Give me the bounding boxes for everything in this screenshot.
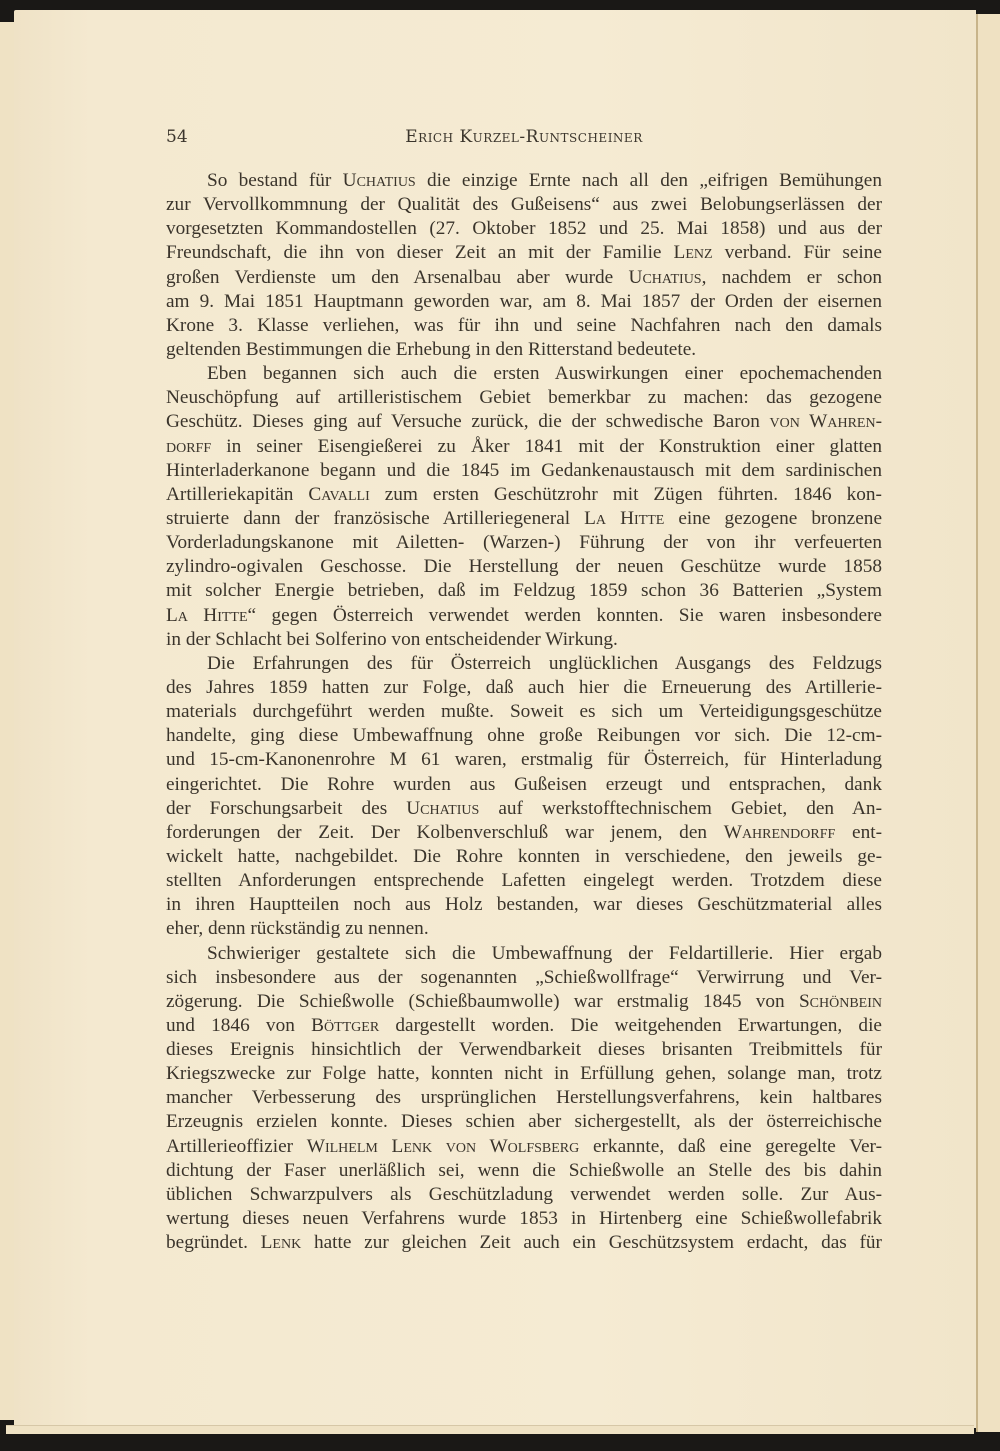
text-line: in ihren Hauptteilen noch aus Holz besta… (166, 893, 882, 917)
text-run: dargestellt worden. Die weitgehenden Erw… (379, 1015, 882, 1036)
text-run: Geschütz. Dieses ging auf Versuche zurüc… (166, 411, 770, 432)
text-run: zur Vervollkommnung der Qualität des Guß… (166, 194, 882, 215)
text-run: wertung dieses neuen Verfahrens wurde 18… (166, 1208, 882, 1229)
running-head: 54 Erich Kurzel-Runtscheiner (166, 127, 882, 151)
text-line: Die Erfahrungen des für Österreich unglü… (166, 652, 882, 676)
text-line: großen Verdienste um den Arsenalbau aber… (166, 266, 882, 290)
text-run: Freundschaft, die ihn von dieser Zeit an… (166, 242, 674, 263)
text-run: handelte, ging diese Umbewaffnung ohne g… (166, 725, 882, 746)
text-run: in seiner Eisengießerei zu Åker 1841 mit… (211, 436, 882, 457)
person-name: Schönbein (799, 991, 882, 1012)
text-run: vorgesetzten Kommandostellen (27. Oktobe… (166, 218, 882, 239)
text-run: Die Erfahrungen des für Österreich unglü… (207, 653, 882, 674)
paragraph: Schwieriger gestaltete sich die Umbewaff… (166, 942, 882, 1256)
text-run: mancher Verbesserung des ursprünglichen … (166, 1087, 882, 1108)
text-line: stellten Anforderungen entsprechende Laf… (166, 869, 882, 893)
person-name: Cavalli (308, 484, 369, 505)
text-line: dorff in seiner Eisengießerei zu Åker 18… (166, 435, 882, 459)
text-run: wickelt hatte, nachgebildet. Die Rohre k… (166, 846, 882, 867)
text-run: ent- (835, 822, 882, 843)
text-line: Freundschaft, die ihn von dieser Zeit an… (166, 241, 882, 265)
person-name: von Wahren- (770, 411, 882, 432)
text-line: mit solcher Energie betrieben, daß im Fe… (166, 579, 882, 603)
text-line: La Hitte“ gegen Österreich verwendet wer… (166, 604, 882, 628)
text-line: zögerung. Die Schießwolle (Schießbaumwol… (166, 990, 882, 1014)
text-run: Erzeugnis erzielen konnte. Dieses schien… (166, 1111, 882, 1132)
person-name: Uchatius (629, 267, 702, 288)
running-title: Erich Kurzel-Runtscheiner (166, 127, 882, 147)
text-line: in der Schlacht bei Solferino von entsch… (166, 628, 882, 652)
text-line: und 1846 von Böttger dargestellt worden.… (166, 1014, 882, 1038)
person-name: Uchatius (343, 170, 416, 191)
text-run: üblichen Schwarzpulvers als Geschützladu… (166, 1184, 882, 1205)
text-run: eine gezogene bronzene (664, 508, 882, 529)
text-run: und 1846 von (166, 1015, 311, 1036)
text-line: eingerichtet. Die Rohre wurden aus Gußei… (166, 773, 882, 797)
text-run: dichtung der Faser unerläßlich sei, wenn… (166, 1160, 882, 1181)
text-run: Schwieriger gestaltete sich die Umbewaff… (207, 943, 882, 964)
text-line: mancher Verbesserung des ursprünglichen … (166, 1086, 882, 1110)
text-run: Kriegszwecke zur Folge hatte, konnten ni… (166, 1063, 882, 1084)
text-run: hatte zur gleichen Zeit auch ein Geschüt… (301, 1232, 882, 1253)
text-run: So bestand für (207, 170, 343, 191)
body-text: So bestand für Uchatius die einzige Ernt… (166, 169, 882, 1255)
text-line: und 15-cm-Kanonenrohre M 61 waren, erstm… (166, 748, 882, 772)
text-line: Artillerieoffizier Wilhelm Lenk von Wolf… (166, 1135, 882, 1159)
text-run: Vorderladungskanone mit Ailetten- (Warze… (166, 532, 882, 553)
text-run: in ihren Hauptteilen noch aus Holz besta… (166, 894, 882, 915)
text-line: geltenden Bestimmungen die Erhebung in d… (166, 338, 882, 362)
text-run: mit solcher Energie betrieben, daß im Fe… (166, 580, 882, 601)
text-run: sich insbesondere aus der sogenannten „S… (166, 967, 882, 988)
text-run: und 15-cm-Kanonenrohre M 61 waren, erstm… (166, 749, 882, 770)
text-line: wertung dieses neuen Verfahrens wurde 18… (166, 1207, 882, 1231)
text-run: eher, denn rückständig zu nennen. (166, 918, 429, 939)
person-name: Lenz (674, 242, 713, 263)
text-line: vorgesetzten Kommandostellen (27. Oktobe… (166, 217, 882, 241)
text-line: am 9. Mai 1851 Hauptmann geworden war, a… (166, 290, 882, 314)
paragraph: Eben begannen sich auch die ersten Auswi… (166, 362, 882, 652)
text-run: dieses Ereignis hinsichtlich der Verwend… (166, 1039, 882, 1060)
person-name: Wahrendorff (724, 822, 836, 843)
text-line: eher, denn rückständig zu nennen. (166, 917, 882, 941)
text-run: erkannte, daß eine geregelte Ver- (579, 1136, 882, 1157)
text-line: materials durchgeführt werden mußte. Sow… (166, 700, 882, 724)
text-run: der Forschungsarbeit des (166, 798, 406, 819)
text-line: Erzeugnis erzielen konnte. Dieses schien… (166, 1110, 882, 1134)
text-run: zylindro-ogivalen Geschosse. Die Herstel… (166, 556, 882, 577)
text-run: Artilleriekapitän (166, 484, 308, 505)
text-line: sich insbesondere aus der sogenannten „S… (166, 966, 882, 990)
text-line: handelte, ging diese Umbewaffnung ohne g… (166, 724, 882, 748)
text-line: Eben begannen sich auch die ersten Auswi… (166, 362, 882, 386)
text-run: des Jahres 1859 hatten zur Folge, daß au… (166, 677, 882, 698)
text-run: zögerung. Die Schießwolle (Schießbaumwol… (166, 991, 799, 1012)
text-run: geltenden Bestimmungen die Erhebung in d… (166, 339, 696, 360)
text-line: Hinterladerkanone begann und die 1845 im… (166, 459, 882, 483)
paragraph: Die Erfahrungen des für Österreich unglü… (166, 652, 882, 942)
text-line: Krone 3. Klasse verliehen, was für ihn u… (166, 314, 882, 338)
text-line: Vorderladungskanone mit Ailetten- (Warze… (166, 531, 882, 555)
person-name: dorff (166, 436, 211, 457)
text-line: Schwieriger gestaltete sich die Umbewaff… (166, 942, 882, 966)
text-line: des Jahres 1859 hatten zur Folge, daß au… (166, 676, 882, 700)
text-run: verband. Für seine (713, 242, 882, 263)
person-name: Wilhelm Lenk von Wolfsberg (307, 1136, 579, 1157)
text-run: stellten Anforderungen entsprechende Laf… (166, 870, 882, 891)
text-run: Krone 3. Klasse verliehen, was für ihn u… (166, 315, 882, 336)
text-run: forderungen der Zeit. Der Kolbenverschlu… (166, 822, 724, 843)
paragraph: So bestand für Uchatius die einzige Ernt… (166, 169, 882, 362)
text-run: struierte dann der französische Artiller… (166, 508, 584, 529)
text-run: in der Schlacht bei Solferino von entsch… (166, 629, 618, 650)
text-line: Artilleriekapitän Cavalli zum ersten Ges… (166, 483, 882, 507)
text-run: großen Verdienste um den Arsenalbau aber… (166, 267, 629, 288)
text-run: Eben begannen sich auch die ersten Auswi… (207, 363, 882, 384)
text-run: Artillerieoffizier (166, 1136, 307, 1157)
text-line: zur Vervollkommnung der Qualität des Guß… (166, 193, 882, 217)
person-name: Lenk (261, 1232, 302, 1253)
text-line: So bestand für Uchatius die einzige Ernt… (166, 169, 882, 193)
book-gutter (976, 14, 1000, 1432)
text-line: wickelt hatte, nachgebildet. Die Rohre k… (166, 845, 882, 869)
text-run: begründet. (166, 1232, 261, 1253)
text-line: zylindro-ogivalen Geschosse. Die Herstel… (166, 555, 882, 579)
text-run: “ gegen Österreich verwendet werden konn… (248, 605, 882, 626)
text-run: am 9. Mai 1851 Hauptmann geworden war, a… (166, 291, 882, 312)
text-run: eingerichtet. Die Rohre wurden aus Gußei… (166, 774, 882, 795)
text-run: auf werkstofftechnischem Gebiet, den An- (479, 798, 882, 819)
person-name: La Hitte (166, 605, 248, 626)
text-line: dieses Ereignis hinsichtlich der Verwend… (166, 1038, 882, 1062)
person-name: La Hitte (584, 508, 664, 529)
text-line: struierte dann der französische Artiller… (166, 507, 882, 531)
text-line: Neuschöpfung auf artilleristischem Gebie… (166, 386, 882, 410)
text-line: dichtung der Faser unerläßlich sei, wenn… (166, 1159, 882, 1183)
text-run: Neuschöpfung auf artilleristischem Gebie… (166, 387, 882, 408)
page-bottom-edge (6, 1425, 974, 1434)
person-name: Böttger (311, 1015, 379, 1036)
text-line: begründet. Lenk hatte zur gleichen Zeit … (166, 1231, 882, 1255)
person-name: Uchatius (406, 798, 479, 819)
text-run: zum ersten Geschützrohr mit Zügen führte… (370, 484, 882, 505)
text-line: forderungen der Zeit. Der Kolbenverschlu… (166, 821, 882, 845)
text-run: Hinterladerkanone begann und die 1845 im… (166, 460, 882, 481)
text-run: , nachdem er schon (702, 267, 882, 288)
text-line: der Forschungsarbeit des Uchatius auf we… (166, 797, 882, 821)
text-line: Kriegszwecke zur Folge hatte, konnten ni… (166, 1062, 882, 1086)
text-run: die einzige Ernte nach all den „eifrigen… (416, 170, 882, 191)
previous-page-edge (0, 22, 15, 1420)
text-run: materials durchgeführt werden mußte. Sow… (166, 701, 882, 722)
text-line: üblichen Schwarzpulvers als Geschützladu… (166, 1183, 882, 1207)
scanned-page-view: 54 Erich Kurzel-Runtscheiner So bestand … (0, 0, 1000, 1451)
text-line: Geschütz. Dieses ging auf Versuche zurüc… (166, 410, 882, 434)
